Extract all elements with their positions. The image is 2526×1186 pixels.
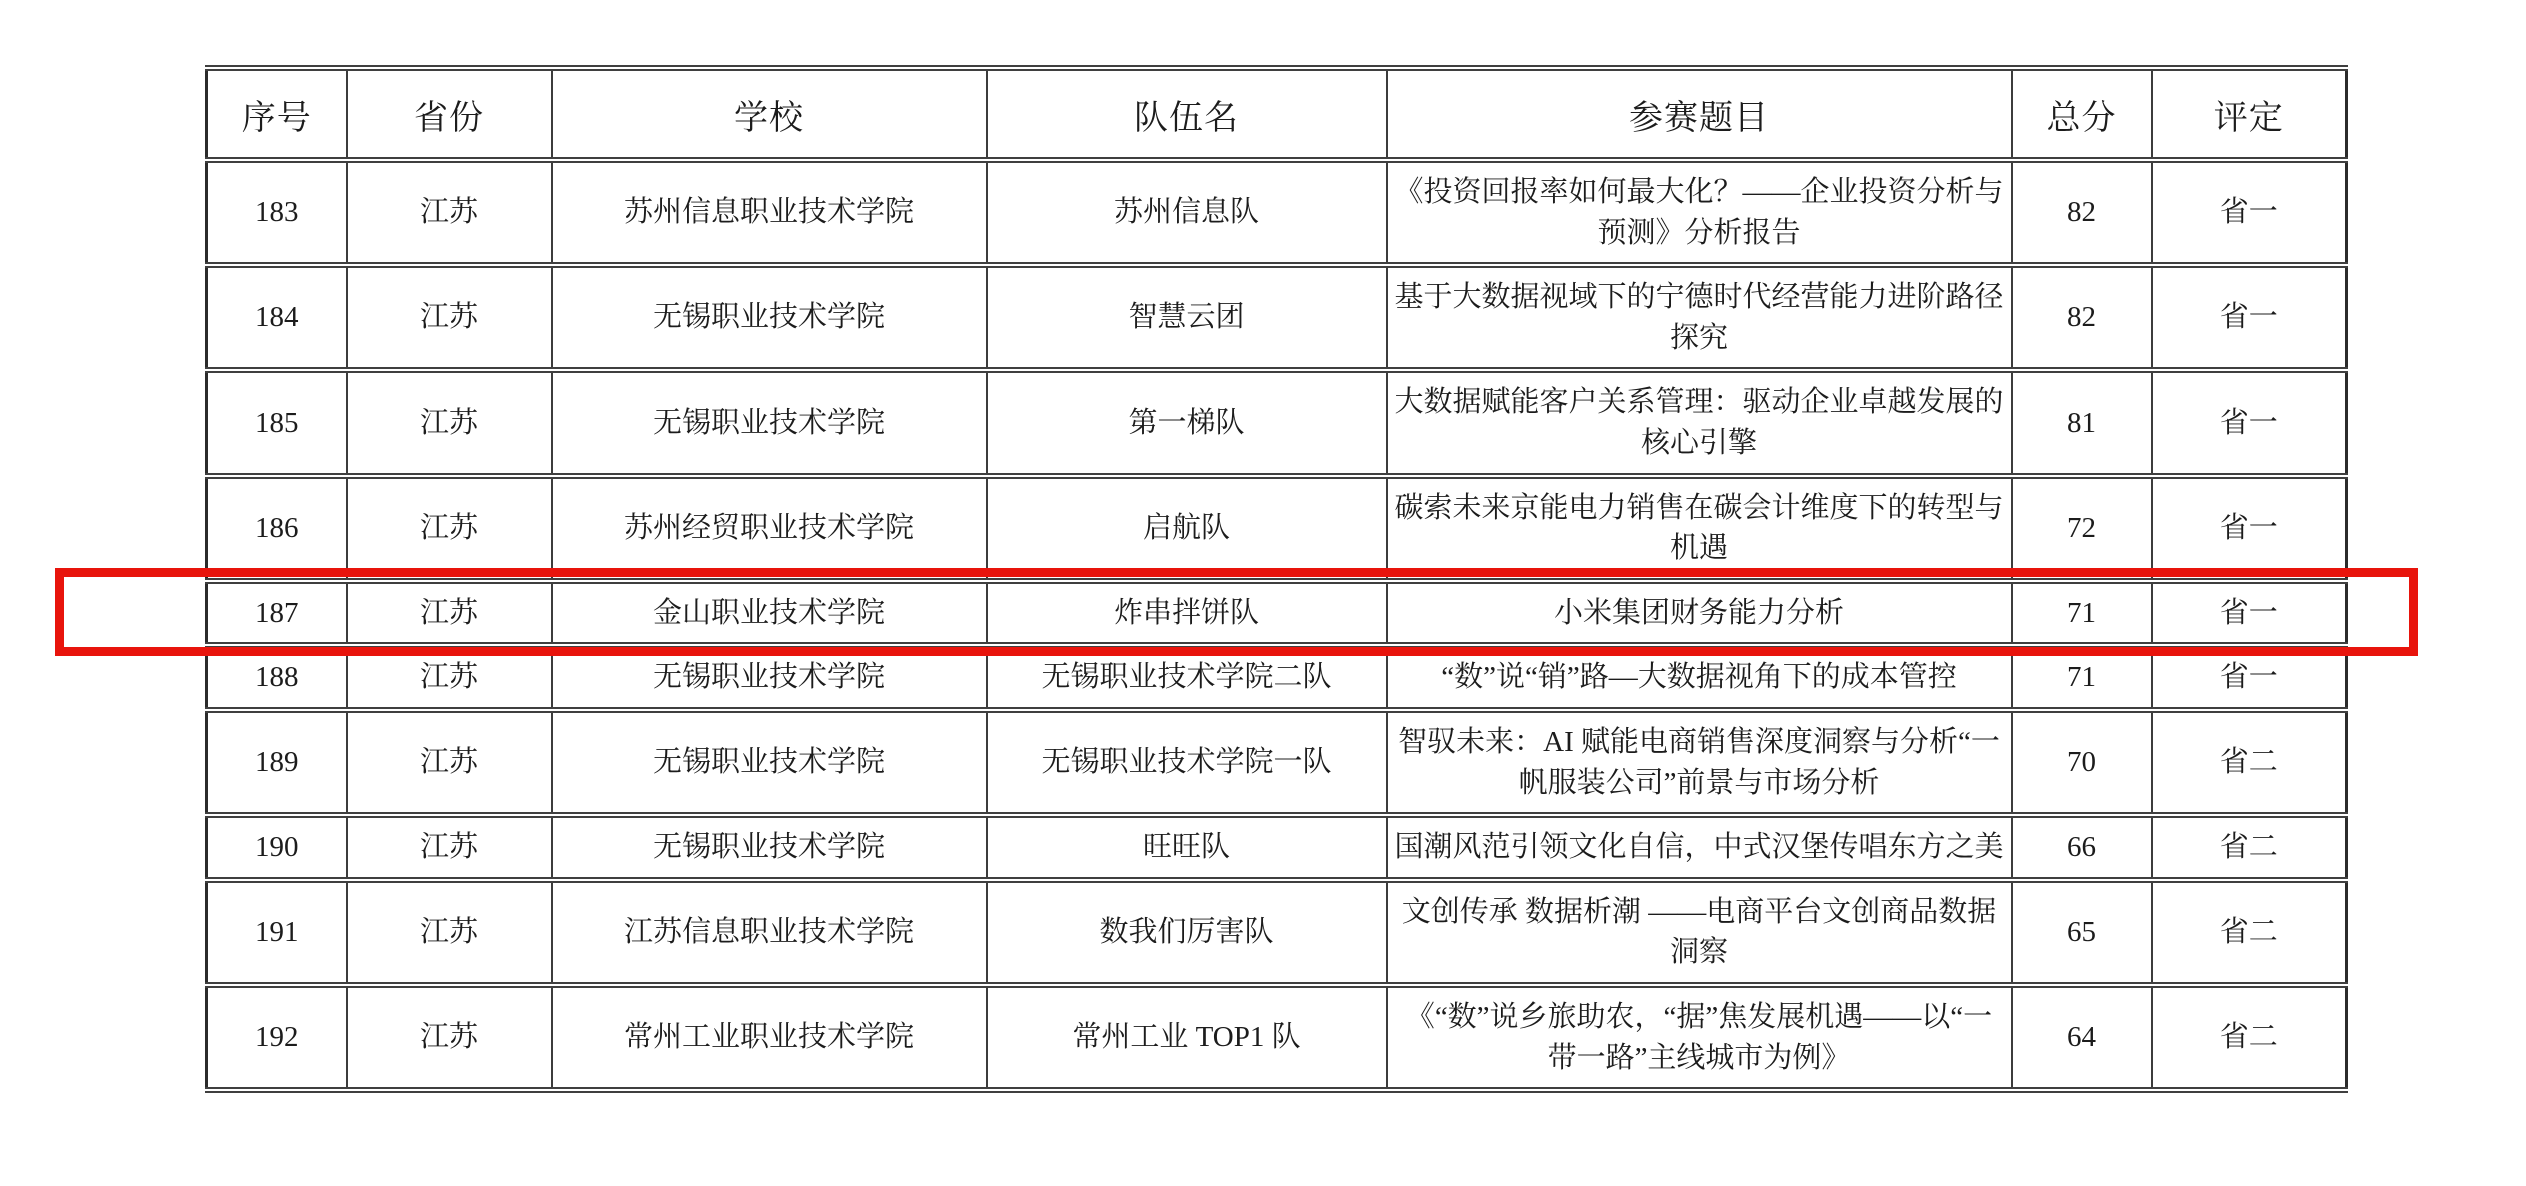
- cell-school: 苏州信息职业技术学院: [552, 160, 987, 265]
- header-cell-score: 总分: [2012, 68, 2152, 160]
- cell-province: 江苏: [347, 265, 552, 370]
- cell-province: 江苏: [347, 710, 552, 815]
- table-row: 190江苏无锡职业技术学院旺旺队国潮风范引领文化自信，中式汉堡传唱东方之美66省…: [207, 815, 2347, 880]
- table-row: 183江苏苏州信息职业技术学院苏州信息队《投资回报率如何最大化？——企业投资分析…: [207, 160, 2347, 265]
- cell-topic: “数”说“销”路—大数据视角下的成本管控: [1387, 645, 2012, 710]
- cell-province: 江苏: [347, 476, 552, 581]
- table-row: 192江苏常州工业职业技术学院常州工业 TOP1 队《“数”说乡旅助农，“据”焦…: [207, 985, 2347, 1090]
- cell-team: 苏州信息队: [987, 160, 1387, 265]
- cell-rating: 省一: [2152, 645, 2347, 710]
- cell-team: 无锡职业技术学院二队: [987, 645, 1387, 710]
- cell-no: 191: [207, 880, 347, 985]
- cell-score: 72: [2012, 476, 2152, 581]
- cell-rating: 省二: [2152, 710, 2347, 815]
- cell-team: 炸串拌饼队: [987, 581, 1387, 646]
- cell-team: 无锡职业技术学院一队: [987, 710, 1387, 815]
- cell-topic: 小米集团财务能力分析: [1387, 581, 2012, 646]
- results-table: 序号 省份 学校 队伍名 参赛题目 总分 评定 183江苏苏州信息职业技术学院苏…: [205, 65, 2348, 1093]
- cell-score: 82: [2012, 160, 2152, 265]
- cell-school: 无锡职业技术学院: [552, 370, 987, 475]
- cell-school: 无锡职业技术学院: [552, 645, 987, 710]
- cell-topic: 《“数”说乡旅助农，“据”焦发展机遇——以“一带一路”主线城市为例》: [1387, 985, 2012, 1090]
- cell-no: 186: [207, 476, 347, 581]
- cell-rating: 省一: [2152, 265, 2347, 370]
- cell-no: 188: [207, 645, 347, 710]
- header-cell-school: 学校: [552, 68, 987, 160]
- cell-score: 81: [2012, 370, 2152, 475]
- table-row: 189江苏无锡职业技术学院无锡职业技术学院一队智驭未来：AI 赋能电商销售深度洞…: [207, 710, 2347, 815]
- table-row: 191江苏江苏信息职业技术学院数我们厉害队文创传承 数据析潮 ——电商平台文创商…: [207, 880, 2347, 985]
- cell-team: 第一梯队: [987, 370, 1387, 475]
- cell-province: 江苏: [347, 581, 552, 646]
- cell-no: 189: [207, 710, 347, 815]
- cell-province: 江苏: [347, 645, 552, 710]
- cell-province: 江苏: [347, 160, 552, 265]
- cell-topic: 文创传承 数据析潮 ——电商平台文创商品数据洞察: [1387, 880, 2012, 985]
- cell-rating: 省一: [2152, 476, 2347, 581]
- cell-team: 常州工业 TOP1 队: [987, 985, 1387, 1090]
- cell-score: 64: [2012, 985, 2152, 1090]
- document-page: 序号 省份 学校 队伍名 参赛题目 总分 评定 183江苏苏州信息职业技术学院苏…: [0, 0, 2526, 1186]
- cell-no: 183: [207, 160, 347, 265]
- cell-score: 70: [2012, 710, 2152, 815]
- cell-topic: 国潮风范引领文化自信，中式汉堡传唱东方之美: [1387, 815, 2012, 880]
- table-row: 187江苏金山职业技术学院炸串拌饼队小米集团财务能力分析71省一: [207, 581, 2347, 646]
- cell-school: 金山职业技术学院: [552, 581, 987, 646]
- cell-topic: 碳索未来京能电力销售在碳会计维度下的转型与机遇: [1387, 476, 2012, 581]
- cell-no: 190: [207, 815, 347, 880]
- cell-province: 江苏: [347, 985, 552, 1090]
- cell-school: 常州工业职业技术学院: [552, 985, 987, 1090]
- cell-no: 184: [207, 265, 347, 370]
- cell-province: 江苏: [347, 815, 552, 880]
- cell-school: 苏州经贸职业技术学院: [552, 476, 987, 581]
- header-cell-rating: 评定: [2152, 68, 2347, 160]
- cell-rating: 省一: [2152, 581, 2347, 646]
- cell-score: 66: [2012, 815, 2152, 880]
- cell-school: 江苏信息职业技术学院: [552, 880, 987, 985]
- table-header-row: 序号 省份 学校 队伍名 参赛题目 总分 评定: [207, 68, 2347, 160]
- cell-rating: 省二: [2152, 985, 2347, 1090]
- header-cell-topic: 参赛题目: [1387, 68, 2012, 160]
- cell-topic: 《投资回报率如何最大化？——企业投资分析与预测》分析报告: [1387, 160, 2012, 265]
- cell-topic: 基于大数据视域下的宁德时代经营能力进阶路径探究: [1387, 265, 2012, 370]
- table-row: 188江苏无锡职业技术学院无锡职业技术学院二队“数”说“销”路—大数据视角下的成…: [207, 645, 2347, 710]
- results-table-body: 183江苏苏州信息职业技术学院苏州信息队《投资回报率如何最大化？——企业投资分析…: [207, 160, 2347, 1090]
- cell-no: 192: [207, 985, 347, 1090]
- table-row: 184江苏无锡职业技术学院智慧云团基于大数据视域下的宁德时代经营能力进阶路径探究…: [207, 265, 2347, 370]
- cell-school: 无锡职业技术学院: [552, 710, 987, 815]
- cell-no: 185: [207, 370, 347, 475]
- cell-rating: 省一: [2152, 370, 2347, 475]
- table-row: 185江苏无锡职业技术学院第一梯队大数据赋能客户关系管理：驱动企业卓越发展的核心…: [207, 370, 2347, 475]
- cell-topic: 智驭未来：AI 赋能电商销售深度洞察与分析“一帆服装公司”前景与市场分析: [1387, 710, 2012, 815]
- cell-province: 江苏: [347, 880, 552, 985]
- cell-score: 65: [2012, 880, 2152, 985]
- cell-school: 无锡职业技术学院: [552, 265, 987, 370]
- header-cell-number: 序号: [207, 68, 347, 160]
- cell-rating: 省二: [2152, 815, 2347, 880]
- cell-score: 71: [2012, 581, 2152, 646]
- cell-school: 无锡职业技术学院: [552, 815, 987, 880]
- cell-rating: 省一: [2152, 160, 2347, 265]
- cell-no: 187: [207, 581, 347, 646]
- cell-topic: 大数据赋能客户关系管理：驱动企业卓越发展的核心引擎: [1387, 370, 2012, 475]
- cell-team: 数我们厉害队: [987, 880, 1387, 985]
- cell-team: 启航队: [987, 476, 1387, 581]
- cell-score: 71: [2012, 645, 2152, 710]
- table-row: 186江苏苏州经贸职业技术学院启航队碳索未来京能电力销售在碳会计维度下的转型与机…: [207, 476, 2347, 581]
- header-cell-province: 省份: [347, 68, 552, 160]
- cell-team: 旺旺队: [987, 815, 1387, 880]
- header-cell-team: 队伍名: [987, 68, 1387, 160]
- cell-score: 82: [2012, 265, 2152, 370]
- cell-team: 智慧云团: [987, 265, 1387, 370]
- cell-rating: 省二: [2152, 880, 2347, 985]
- cell-province: 江苏: [347, 370, 552, 475]
